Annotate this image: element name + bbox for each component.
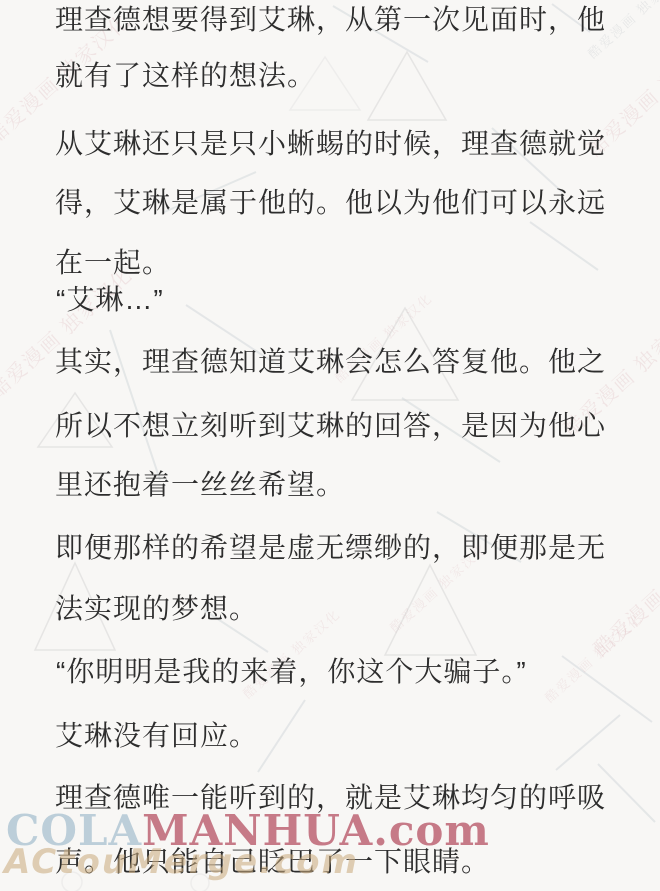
text-line: 其实，理查德知道艾琳会怎么答复他。他之 [55,346,606,378]
text-line: 得，艾琳是属于他的。他以为他们可以永远 [55,187,606,219]
text-line: 即便那样的希望是虚无缥缈的，即便那是无 [55,532,606,564]
text-line: 理查德想要得到艾琳，从第一次见面时，他 [55,4,606,36]
text-line: 在一起。 [55,247,171,279]
text-line: 理查德唯一能听到的，就是艾琳均匀的呼吸 [55,782,606,814]
text-line: 就有了这样的想法。 [55,60,316,92]
text-line: 里还抱着一丝丝希望。 [55,469,345,501]
text-line: 艾琳没有回应。 [55,720,258,752]
text-line: 法实现的梦想。 [55,593,258,625]
text-line: 声。他只能自己眨巴了一下眼睛。 [55,846,490,878]
text-line: 所以不想立刻听到艾琳的回答，是因为他心 [55,410,606,442]
text-line-quote: “艾琳…” [56,284,164,316]
text-line-quote: “你明明是我的来着，你这个大骗子。” [56,656,527,688]
novel-page: 酷爱漫画 独家汉化 酷爱漫画 独家汉化 酷爱漫画 独家汉化 酷爱漫画 独家汉化 … [0,0,660,891]
text-line: 从艾琳还只是只小蜥蜴的时候，理查德就觉 [55,128,606,160]
